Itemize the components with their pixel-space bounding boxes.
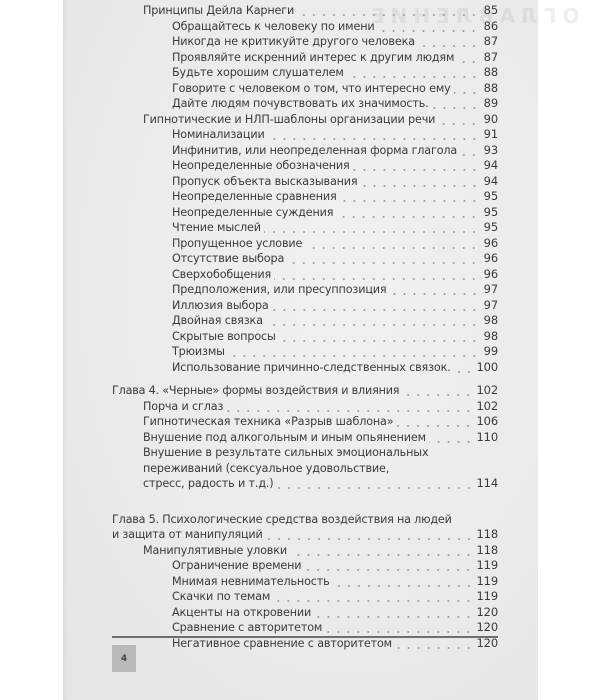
toc-entry-page-number: 97	[482, 298, 498, 314]
toc-entry: Обращайтесь к человеку по имени86	[112, 19, 498, 35]
dot-leader	[432, 96, 479, 112]
toc-entry: Сравнение с авторитетом120	[112, 620, 498, 636]
toc-entry-page-number: 120	[477, 620, 499, 636]
toc-entry: Чтение мыслей95	[112, 220, 498, 236]
dot-leader	[279, 329, 479, 345]
toc-entry: стресс, радость и т.д.)114	[112, 476, 498, 492]
dot-leader	[429, 430, 474, 446]
toc-entry-title: Принципы Дейла Карнеги	[143, 3, 294, 19]
toc-entry-page-number: 94	[482, 174, 498, 190]
toc-entry-title: Проявляйте искренний интерес к другим лю…	[172, 50, 454, 66]
dot-leader	[287, 251, 479, 267]
dot-leader	[438, 112, 479, 128]
toc-entry-title: Внушение в результате сильных эмоциональ…	[143, 445, 428, 461]
toc-entry-title: Предположения, или пресуппозиция	[172, 282, 387, 298]
dot-leader	[274, 267, 479, 283]
dot-leader	[353, 158, 479, 174]
toc-entry-title: Глава 4. «Черные» формы воздействия и вл…	[112, 383, 399, 399]
toc-entry-title: Неопределенные сравнения	[172, 189, 337, 205]
toc-entry: Трюизмы99	[112, 344, 498, 360]
dot-leader	[336, 205, 479, 221]
toc-entry: Гипнотическая техника «Разрыв шаблона»10…	[112, 414, 498, 430]
toc-entry-page-number: 89	[482, 96, 498, 112]
toc-entry-title: Гипнотическая техника «Разрыв шаблона»	[143, 414, 393, 430]
toc-entry-page-number: 86	[482, 19, 498, 35]
dot-leader	[268, 127, 479, 143]
toc-entry-page-number: 114	[477, 476, 499, 492]
toc-entry-page-number: 118	[477, 543, 499, 559]
toc-entry-page-number: 99	[482, 344, 498, 360]
dot-leader	[273, 589, 473, 605]
toc-entry-page-number: 110	[477, 430, 499, 446]
table-of-contents: Принципы Дейла Карнеги85Обращайтесь к че…	[112, 3, 498, 651]
toc-entry: Инфинитив, или неопределенная форма глаг…	[112, 143, 498, 159]
toc-entry-page-number: 95	[482, 220, 498, 236]
toc-entry-title: Отсутствие выбора	[172, 251, 284, 267]
toc-entry-page-number: 90	[482, 112, 498, 128]
toc-entry: Порча и сглаз102	[112, 399, 498, 415]
dot-leader	[402, 383, 473, 399]
toc-entry: Акценты на откровении120	[112, 605, 498, 621]
toc-entry: Двойная связка98	[112, 313, 498, 329]
toc-entry: Внушение в результате сильных эмоциональ…	[112, 445, 498, 461]
toc-entry: Пропуск объекта высказывания94	[112, 174, 498, 190]
toc-entry-title: Манипулятивные уловки	[143, 543, 287, 559]
dot-leader	[325, 620, 473, 636]
toc-entry-title: Номинализации	[172, 127, 265, 143]
toc-entry-page-number: 100	[477, 360, 499, 376]
dot-leader	[272, 298, 479, 314]
toc-entry-page-number: 120	[477, 605, 499, 621]
toc-entry-title: Чтение мыслей	[172, 220, 261, 236]
dot-leader	[264, 220, 479, 236]
toc-entry-page-number: 95	[482, 189, 498, 205]
page-number-label: 4	[121, 654, 127, 664]
toc-entry: Предположения, или пресуппозиция97	[112, 282, 498, 298]
toc-entry-page-number: 118	[477, 527, 499, 543]
toc-entry-title: Сравнение с авторитетом	[172, 620, 322, 636]
toc-entry-title: Сверхобобщения	[172, 267, 271, 283]
toc-entry-page-number: 119	[477, 558, 499, 574]
toc-entry-page-number: 93	[482, 143, 498, 159]
toc-entry-title: Гипнотические и НЛП-шаблоны организации …	[143, 112, 435, 128]
toc-entry-title: Двойная связка	[172, 313, 263, 329]
toc-entry-title: Глава 5. Психологические средства воздей…	[112, 512, 452, 528]
toc-entry-page-number: 96	[482, 251, 498, 267]
toc-entry-page-number: 119	[477, 589, 499, 605]
toc-entry-page-number: 96	[482, 267, 498, 283]
toc-entry-title: Иллюзия выбора	[172, 298, 269, 314]
toc-entry-title: Внушение под алкогольным и иным опьянени…	[143, 430, 426, 446]
toc-entry: Будьте хорошим слушателем88	[112, 65, 498, 81]
toc-entry: Внушение под алкогольным и иным опьянени…	[112, 430, 498, 446]
toc-entry-page-number: 97	[482, 282, 498, 298]
toc-entry: Принципы Дейла Карнеги85	[112, 3, 498, 19]
dot-leader	[266, 313, 479, 329]
dot-leader	[304, 558, 473, 574]
dot-leader	[457, 50, 479, 66]
toc-chapter-heading: Глава 4. «Черные» формы воздействия и вл…	[112, 383, 498, 399]
dot-leader	[277, 476, 474, 492]
dot-leader	[290, 543, 474, 559]
page-number: 4	[112, 645, 136, 672]
toc-entry-page-number: 87	[482, 50, 498, 66]
toc-entry: Проявляйте искренний интерес к другим лю…	[112, 50, 498, 66]
toc-entry-page-number: 102	[477, 383, 499, 399]
toc-chapter-heading: Глава 5. Психологические средства воздей…	[112, 512, 498, 528]
dot-leader	[396, 414, 473, 430]
toc-entry: Ограничение времени119	[112, 558, 498, 574]
dot-leader	[460, 143, 479, 159]
toc-entry-title: Никогда не критикуйте другого человека	[172, 34, 415, 50]
toc-entry: Неопределенные сравнения95	[112, 189, 498, 205]
toc-entry-page-number: 88	[482, 81, 498, 97]
toc-entry-page-number: 96	[482, 236, 498, 252]
toc-entry: Номинализации91	[112, 127, 498, 143]
dot-leader	[361, 174, 479, 190]
toc-entry: Неопределенные обозначения94	[112, 158, 498, 174]
toc-entry: Говорите с человеком о том, что интересн…	[112, 81, 498, 97]
toc-entry: переживаний (сексуальное удовольствие,	[112, 461, 498, 477]
toc-entry: Никогда не критикуйте другого человека87	[112, 34, 498, 50]
toc-entry-title: Скачки по темам	[172, 589, 270, 605]
toc-entry-page-number: 87	[482, 34, 498, 50]
toc-entry-page-number: 85	[482, 3, 498, 19]
toc-entry-page-number: 91	[482, 127, 498, 143]
toc-entry: Скачки по темам119	[112, 589, 498, 605]
toc-entry-title: Обращайтесь к человеку по имени	[172, 19, 374, 35]
toc-entry-title: Акценты на откровении	[172, 605, 311, 621]
dot-leader	[228, 344, 479, 360]
toc-entry-title: Ограничение времени	[172, 558, 301, 574]
dot-leader	[266, 527, 474, 543]
toc-entry-title: Будьте хорошим слушателем	[172, 65, 344, 81]
dot-leader	[454, 81, 479, 97]
toc-entry: Скрытые вопросы98	[112, 329, 498, 345]
toc-entry-title: Использование причинно-следственных связ…	[172, 360, 451, 376]
dot-leader	[390, 282, 479, 298]
toc-entry: Использование причинно-следственных связ…	[112, 360, 498, 376]
dot-leader	[226, 399, 473, 415]
toc-entry: Сверхобобщения96	[112, 267, 498, 283]
toc-entry: Отсутствие выбора96	[112, 251, 498, 267]
footer-rule	[112, 636, 498, 638]
toc-entry-title: Скрытые вопросы	[172, 329, 276, 345]
toc-entry: Пропущенное условие96	[112, 236, 498, 252]
dot-leader	[454, 360, 474, 376]
toc-entry-page-number: 94	[482, 158, 498, 174]
toc-entry-page-number: 106	[477, 414, 499, 430]
dot-leader	[314, 605, 473, 621]
dot-leader	[418, 34, 479, 50]
dot-leader	[297, 3, 479, 19]
toc-entry-title: Мнимая невнимательность	[172, 574, 330, 590]
toc-entry-title: Пропущенное условие	[172, 236, 302, 252]
dot-leader	[347, 65, 479, 81]
toc-chapter-heading: и защита от манипуляций118	[112, 527, 498, 543]
toc-entry: Иллюзия выбора97	[112, 298, 498, 314]
toc-entry-title: стресс, радость и т.д.)	[143, 476, 274, 492]
toc-entry-title: Неопределенные обозначения	[172, 158, 350, 174]
dot-leader	[333, 574, 474, 590]
toc-entry-title: Порча и сглаз	[143, 399, 223, 415]
toc-entry-page-number: 98	[482, 329, 498, 345]
toc-entry: Гипнотические и НЛП-шаблоны организации …	[112, 112, 498, 128]
toc-entry-title: Трюизмы	[172, 344, 225, 360]
toc-entry: Неопределенные суждения95	[112, 205, 498, 221]
toc-entry-title: и защита от манипуляций	[112, 527, 263, 543]
toc-entry-title: Пропуск объекта высказывания	[172, 174, 358, 190]
toc-entry-page-number: 119	[477, 574, 499, 590]
toc-entry-title: Инфинитив, или неопределенная форма глаг…	[172, 143, 457, 159]
toc-entry-page-number: 98	[482, 313, 498, 329]
dot-leader	[340, 189, 479, 205]
toc-entry-title: Говорите с человеком о том, что интересн…	[172, 81, 451, 97]
toc-entry-page-number: 102	[477, 399, 499, 415]
toc-entry-page-number: 95	[482, 205, 498, 221]
toc-entry-title: переживаний (сексуальное удовольствие,	[143, 461, 389, 477]
toc-entry-title: Дайте людям почувствовать их значимость.	[172, 96, 429, 112]
dot-leader	[377, 19, 479, 35]
toc-entry-title: Неопределенные суждения	[172, 205, 333, 221]
dot-leader	[305, 236, 479, 252]
toc-entry: Манипулятивные уловки118	[112, 543, 498, 559]
toc-entry-page-number: 88	[482, 65, 498, 81]
toc-entry: Мнимая невнимательность119	[112, 574, 498, 590]
toc-entry: Дайте людям почувствовать их значимость.…	[112, 96, 498, 112]
